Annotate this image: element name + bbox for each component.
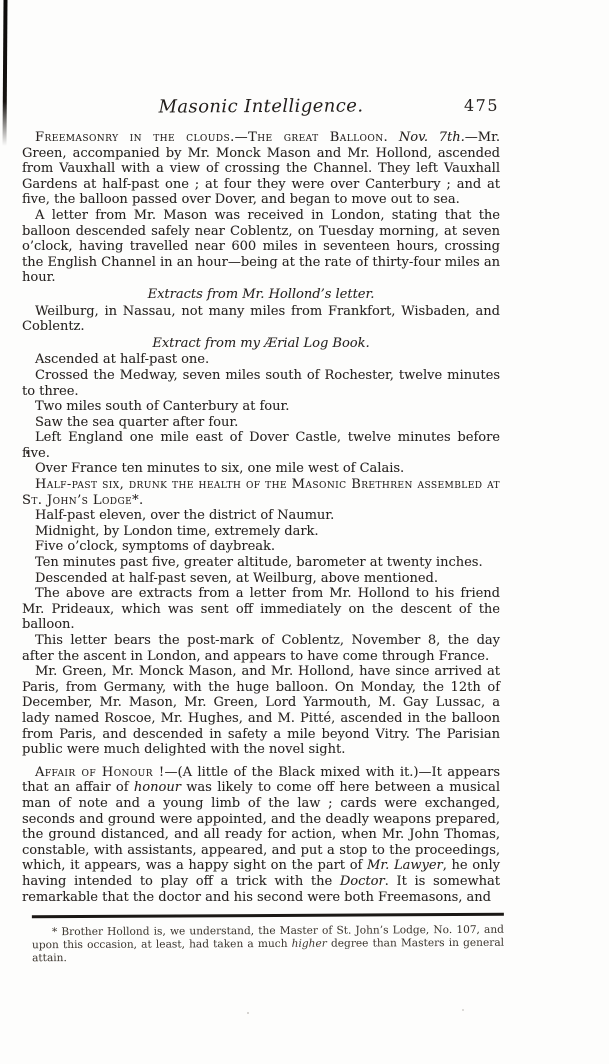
running-title: Masonic Intelligence.	[22, 95, 500, 119]
scan-artifact-binding-line	[2, 0, 7, 146]
paragraph: Weilburg, in Nassau, not many miles from…	[22, 304, 500, 335]
footnote: * Brother Hollond is, we understand, the…	[32, 923, 504, 964]
paragraph-lead: Affair of Honour !—(A little of the Blac…	[22, 765, 500, 905]
article-lead-smallcaps: Affair of Honour !	[35, 765, 165, 780]
paragraph-lead: Freemasonry in the clouds.—The great Bal…	[22, 130, 500, 208]
footnote-rule	[32, 913, 504, 918]
scan-artifact-speck	[247, 1012, 249, 1014]
scanned-page: Masonic Intelligence. 475 Freemasonry in…	[0, 0, 609, 1064]
section-heading-log-book: Extract from my Ærial Log Book.	[22, 336, 500, 352]
text-run-italic: Mr. Lawyer	[367, 858, 443, 873]
log-entry: Two miles south of Canterbury at four.	[22, 399, 500, 415]
log-entry: Saw the sea quarter after four.	[22, 415, 500, 431]
article-lead-date: Nov. 7th.—	[388, 130, 478, 145]
page-header: Masonic Intelligence. 475	[22, 95, 500, 120]
log-entry: Half-past eleven, over the district of N…	[22, 508, 500, 524]
log-entry: Five o’clock, symptoms of daybreak.	[22, 539, 500, 555]
article-honour: Affair of Honour !—(A little of the Blac…	[22, 765, 500, 905]
paragraph: This letter bears the post-mark of Coble…	[22, 633, 500, 664]
page-column: Masonic Intelligence. 475 Freemasonry in…	[22, 96, 500, 964]
log-entry: Over France ten minutes to six, one mile…	[22, 461, 500, 477]
section-heading-extracts: Extracts from Mr. Hollond’s letter.	[22, 287, 500, 303]
log-entry: Ascended at half-past one.	[22, 352, 500, 368]
article-balloon: Freemasonry in the clouds.—The great Bal…	[22, 130, 500, 758]
paragraph: The above are extracts from a letter fro…	[22, 586, 500, 633]
log-entry: Left England one mile east of Dover Cast…	[22, 430, 500, 461]
log-entry: Crossed the Medway, seven miles south of…	[22, 368, 500, 399]
article-lead-smallcaps: Freemasonry in the clouds.—The great Bal…	[35, 130, 388, 145]
log-entry: Ten minutes past five, greater altitude,…	[22, 555, 500, 571]
log-entry-smallcaps: Half-past six, drunk the health of the M…	[22, 477, 500, 508]
log-entry: Midnight, by London time, extremely dark…	[22, 524, 500, 540]
text-run-italic: higher	[292, 937, 327, 949]
page-number: 475	[464, 96, 499, 115]
paragraph: Mr. Green, Mr. Monck Mason, and Mr. Holl…	[22, 664, 500, 758]
scan-artifact-speck	[462, 1009, 464, 1011]
text-run-italic: Doctor	[340, 874, 385, 889]
log-entry: Descended at half-past seven, at Weilbur…	[22, 571, 500, 587]
paragraph: A letter from Mr. Mason was received in …	[22, 208, 500, 286]
footnote-block: * Brother Hollond is, we understand, the…	[32, 913, 504, 965]
text-run-italic: honour	[134, 780, 181, 795]
